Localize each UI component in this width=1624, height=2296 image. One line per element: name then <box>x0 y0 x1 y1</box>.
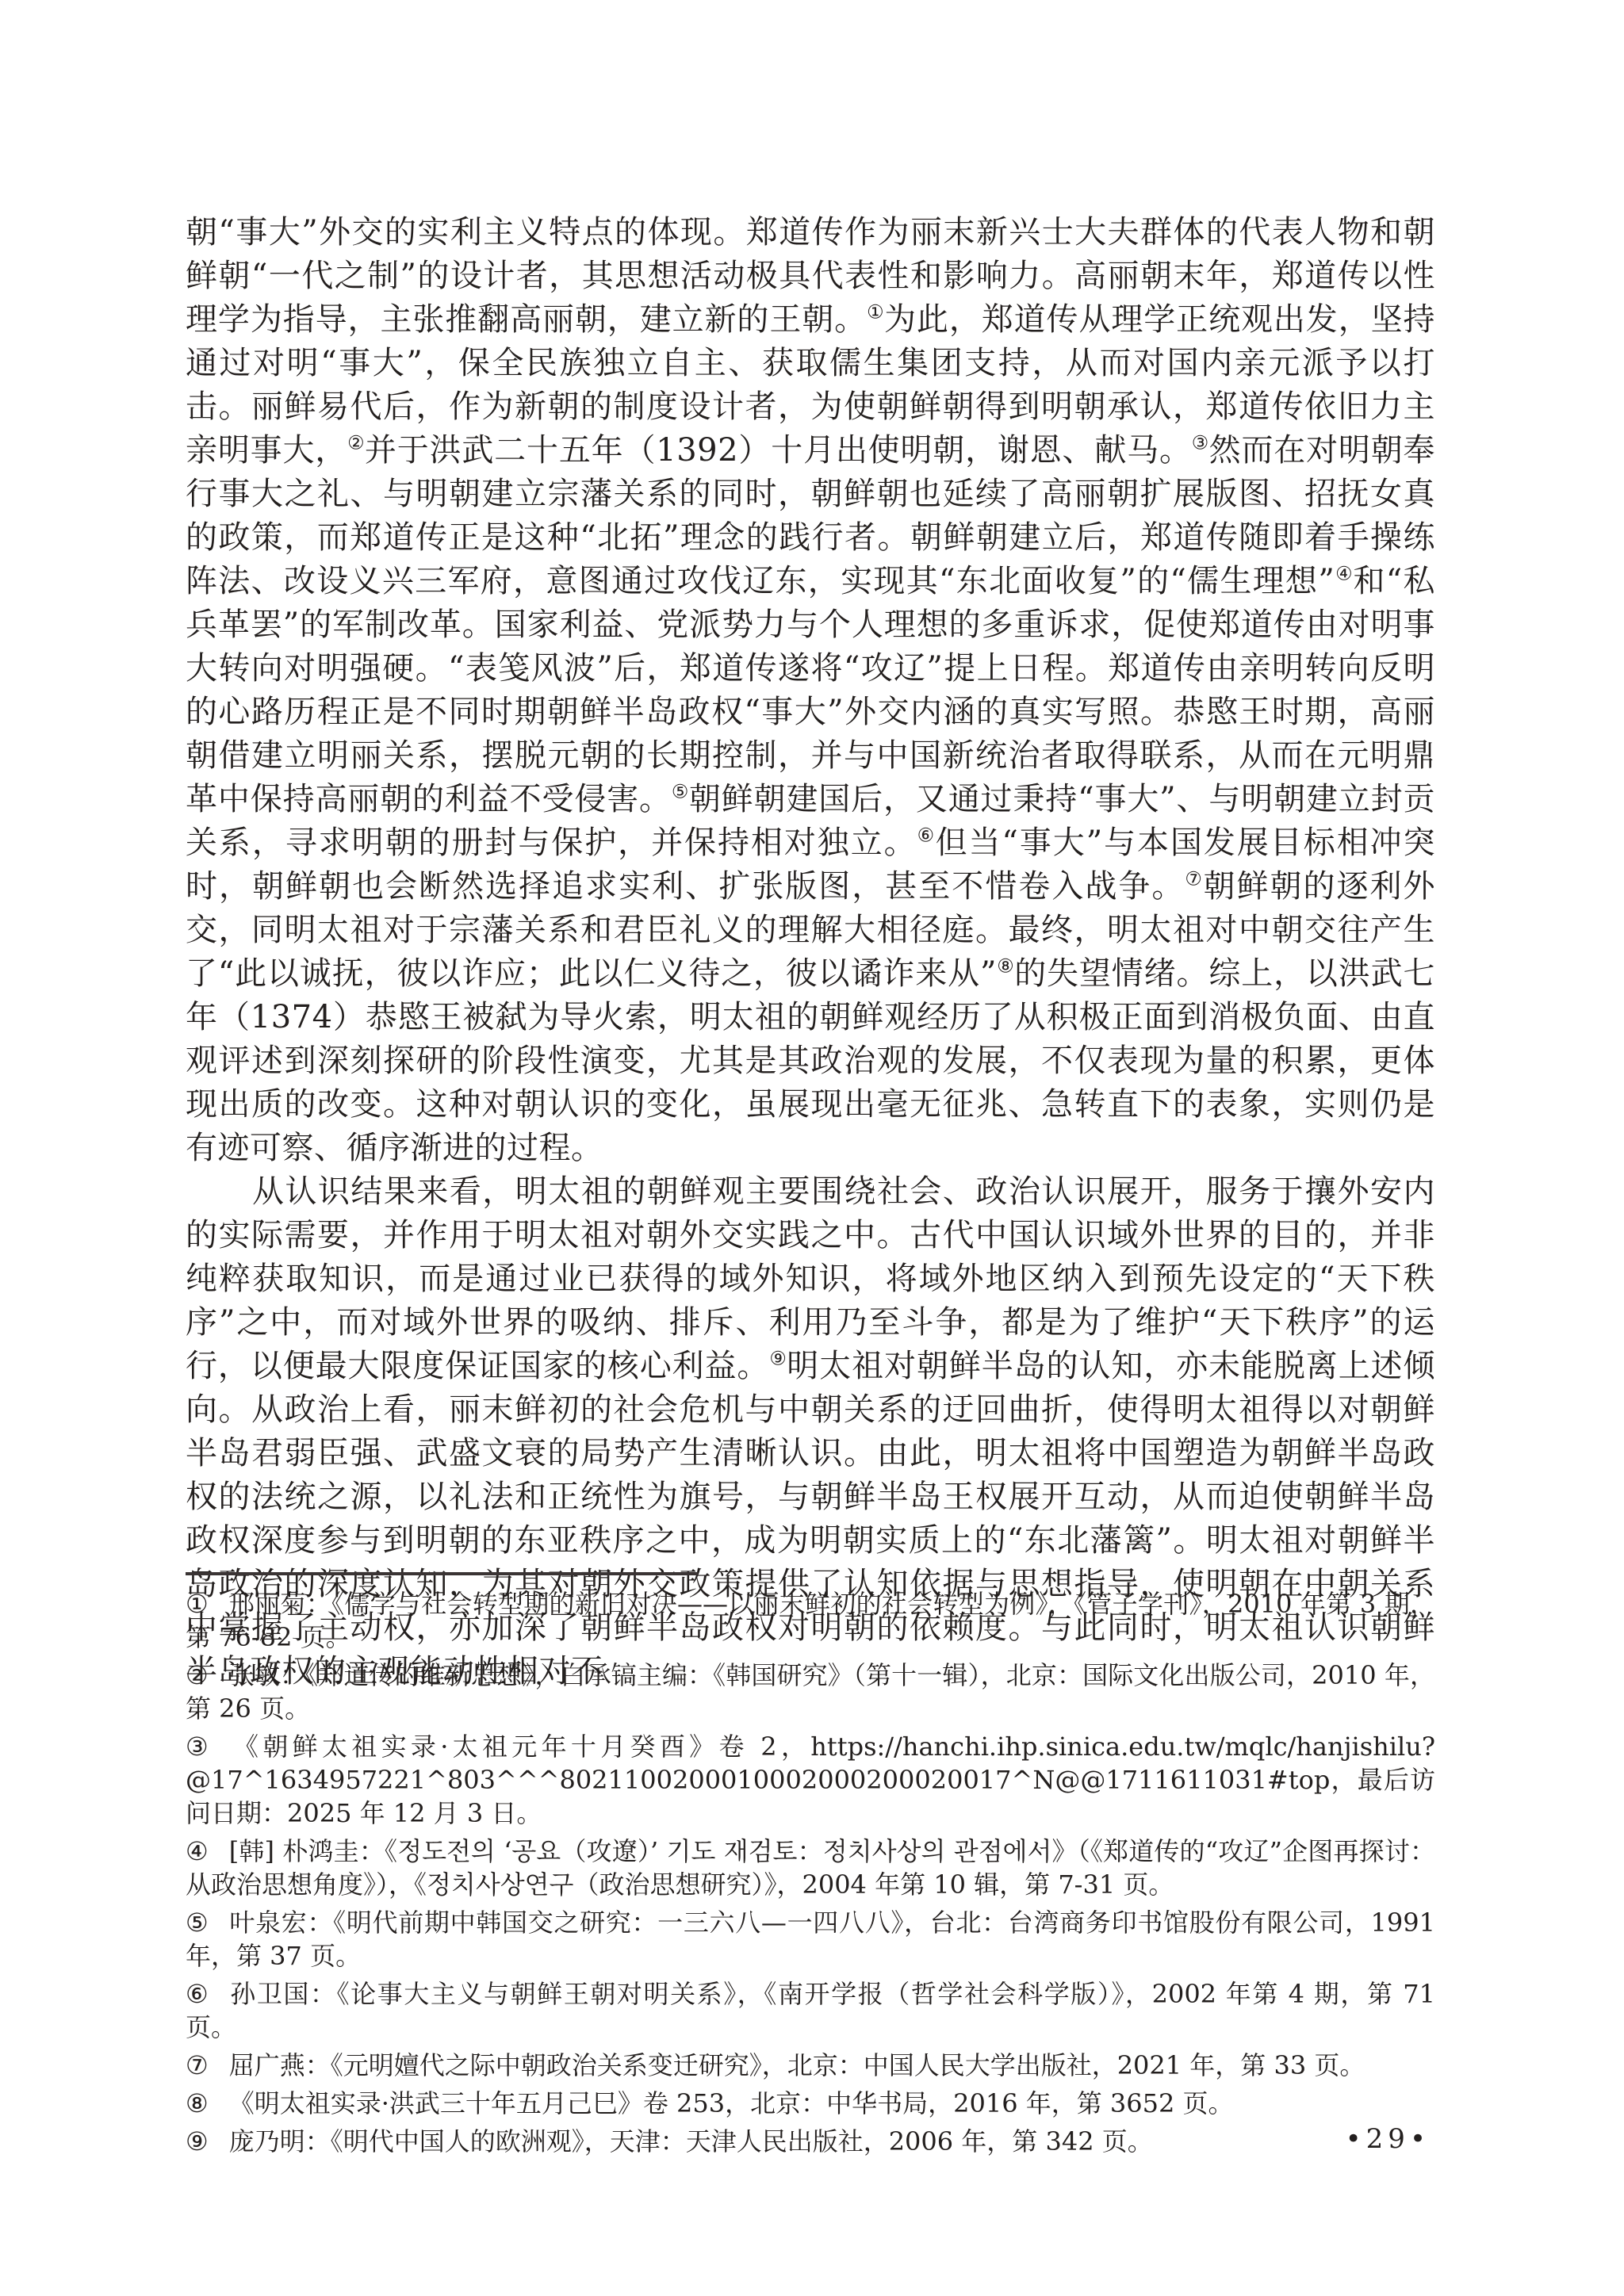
footnote-text: 邢丽菊：《儒学与社会转型期的新旧对决——以丽末鲜初的社会转型为例》，《管子学刊》… <box>186 1589 1435 1652</box>
page-number: •29• <box>1346 2123 1431 2155</box>
footnote-ref: ⑥ <box>917 825 936 847</box>
footnote-ref: ⑧ <box>997 955 1014 978</box>
footnote-ref: ③ <box>1192 432 1209 454</box>
footnote-item: ⑤叶泉宏：《明代前期中韩国交之研究：一三六八—一四八八》，台北：台湾商务印书馆股… <box>186 1906 1435 1973</box>
footnote-ref: ⑦ <box>1185 868 1203 890</box>
document-page: 朝“事大”外交的实利主义特点的体现。郑道传作为丽末新兴士大夫群体的代表人物和朝鲜… <box>0 0 1624 2296</box>
footnote-ref: ⑨ <box>769 1348 787 1370</box>
body-paragraph-1: 朝“事大”外交的实利主义特点的体现。郑道传作为丽末新兴士大夫群体的代表人物和朝鲜… <box>186 211 1435 1170</box>
footnote-marker: ⑦ <box>186 2049 209 2082</box>
footnote-marker: ⑤ <box>186 1906 209 1939</box>
footnote-marker: ③ <box>186 1730 209 1763</box>
footnote-text: 庞乃明：《明代中国人的欧洲观》，天津：天津人民出版社，2006 年，第 342 … <box>229 2126 1153 2156</box>
footnote-item: ⑥孙卫国：《论事大主义与朝鲜王朝对明关系》，《南开学报（哲学社会科学版）》，20… <box>186 1977 1435 2044</box>
footnote-text: 张敏：《郑道传的维新思想》，白承镐主编：《韩国研究》（第十一辑），北京：国际文化… <box>186 1660 1435 1724</box>
footnote-text: 叶泉宏：《明代前期中韩国交之研究：一三六八—一四八八》，台北：台湾商务印书馆股份… <box>186 1908 1435 1971</box>
footnote-text: 孙卫国：《论事大主义与朝鲜王朝对明关系》，《南开学报（哲学社会科学版）》，200… <box>186 1979 1435 2042</box>
footnote-text: 屈广燕：《元明嬗代之际中朝政治关系变迁研究》，北京：中国人民大学出版社，2021… <box>229 2050 1365 2080</box>
footnote-marker: ⑧ <box>186 2087 209 2120</box>
footnote-ref: ④ <box>1335 563 1353 585</box>
footnote-text: 《明太祖实录·洪武三十年五月己巳》卷 253，北京：中华书局，2016 年，第 … <box>229 2088 1234 2118</box>
footnote-item: ④[韩] 朴鸿圭：《정도전의 ‘공요（攻遼）’ 기도 재검토：정치사상의 관점에… <box>186 1835 1435 1901</box>
footnote-item: ③《朝鲜太祖实录·太祖元年十月癸酉》卷 2，https://hanchi.ihp… <box>186 1730 1435 1830</box>
footnotes-section: ①邢丽菊：《儒学与社会转型期的新旧对决——以丽末鲜初的社会转型为例》，《管子学刊… <box>186 1587 1435 2163</box>
footnote-ref: ⑤ <box>672 781 689 803</box>
footnote-marker: ② <box>186 1659 209 1692</box>
footnote-text: [韩] 朴鸿圭：《정도전의 ‘공요（攻遼）’ 기도 재검토：정치사상의 관점에서… <box>186 1836 1435 1900</box>
footnote-separator <box>186 1572 698 1575</box>
article-body: 朝“事大”外交的实利主义特点的体现。郑道传作为丽末新兴士大夫群体的代表人物和朝鲜… <box>186 211 1435 1693</box>
footnote-ref: ① <box>867 301 884 323</box>
footnote-item: ⑧《明太祖实录·洪武三十年五月己巳》卷 253，北京：中华书局，2016 年，第… <box>186 2087 1435 2120</box>
footnote-ref: ② <box>347 432 365 454</box>
footnote-text: 《朝鲜太祖实录·太祖元年十月癸酉》卷 2，https://hanchi.ihp.… <box>186 1732 1435 1828</box>
footnote-marker: ④ <box>186 1835 209 1868</box>
footnote-item: ⑦屈广燕：《元明嬗代之际中朝政治关系变迁研究》，北京：中国人民大学出版社，202… <box>186 2049 1435 2082</box>
footnote-item: ①邢丽菊：《儒学与社会转型期的新旧对决——以丽末鲜初的社会转型为例》，《管子学刊… <box>186 1587 1435 1654</box>
footnote-item: ②张敏：《郑道传的维新思想》，白承镐主编：《韩国研究》（第十一辑），北京：国际文… <box>186 1659 1435 1725</box>
footnote-marker: ⑥ <box>186 1977 209 2011</box>
footnote-marker: ① <box>186 1587 209 1621</box>
footnote-item: ⑨庞乃明：《明代中国人的欧洲观》，天津：天津人民出版社，2006 年，第 342… <box>186 2125 1435 2158</box>
footnote-marker: ⑨ <box>186 2125 209 2158</box>
